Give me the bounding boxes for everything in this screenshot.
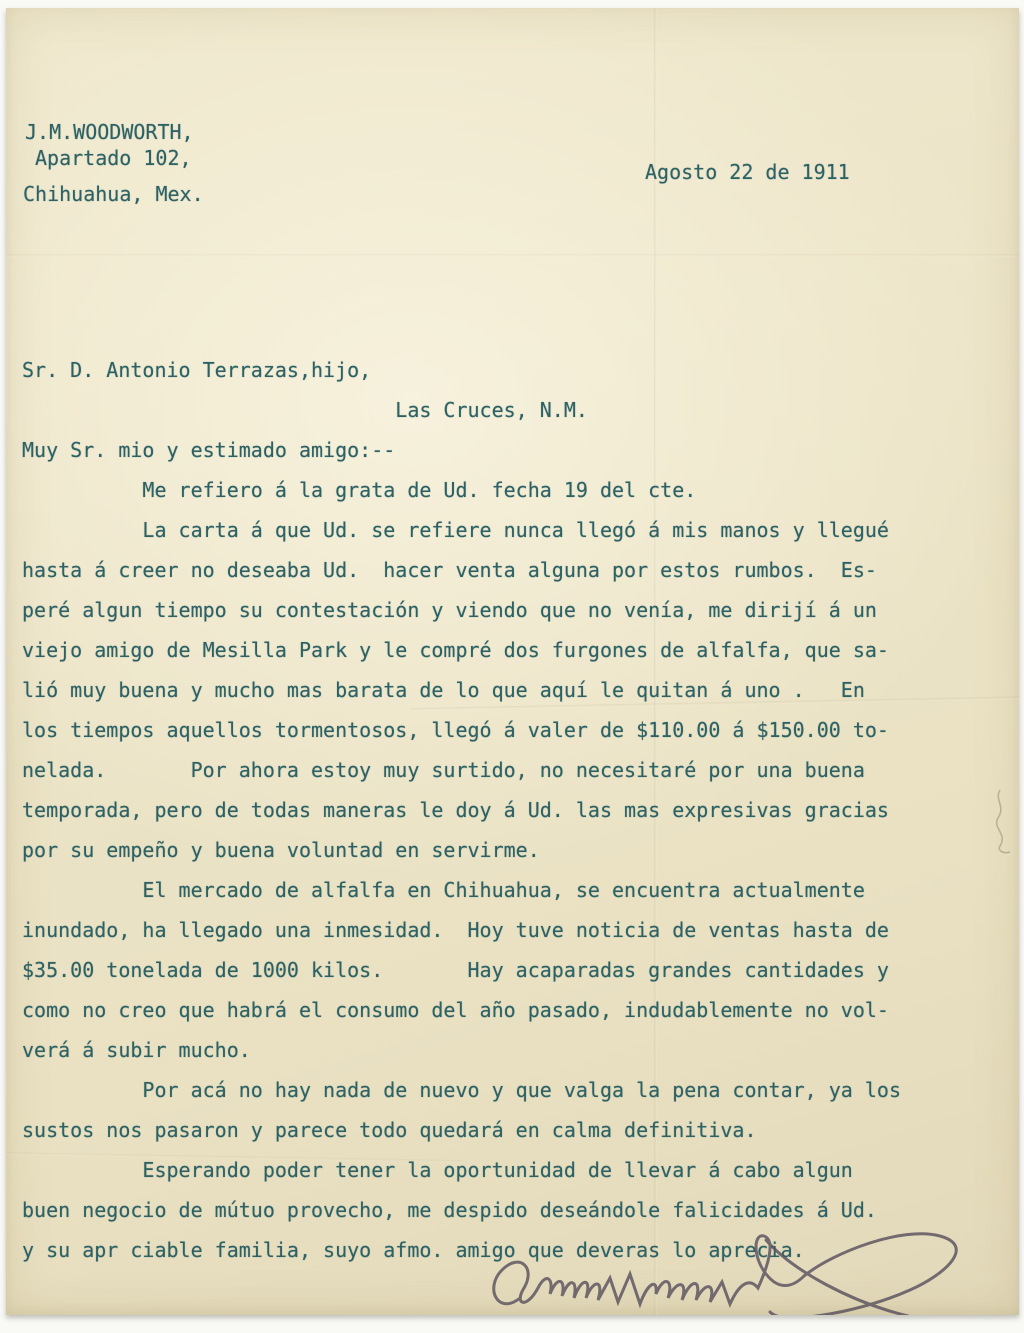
letterhead-sender-name: J.M.WOODWORTH, [25, 120, 194, 144]
letter-line: lió muy buena y mucho mas barata de lo q… [22, 670, 901, 710]
recipient-city: Las Cruces, N.M. [22, 390, 901, 430]
letter-line: sustos nos pasaron y parece todo quedará… [22, 1110, 901, 1150]
signature [474, 1228, 1014, 1315]
letter-line: $35.00 tonelada de 1000 kilos. Hay acapa… [22, 950, 901, 990]
letter-body: Sr. D. Antonio Terrazas,hijo, Las Cruces… [22, 350, 901, 1270]
letter-line: temporada, pero de todas maneras le doy … [22, 790, 901, 830]
letter-line: viejo amigo de Mesilla Park y le compré … [22, 630, 901, 670]
letter-paper: J.M.WOODWORTH, Apartado 102, Chihuahua, … [6, 8, 1019, 1315]
letter-line: peré algun tiempo su contestación y vien… [22, 590, 901, 630]
letter-line: La carta á que Ud. se refiere nunca lleg… [22, 510, 901, 550]
letterhead-sender-city: Chihuahua, Mex. [23, 182, 204, 206]
scanned-letter-page: J.M.WOODWORTH, Apartado 102, Chihuahua, … [0, 0, 1024, 1333]
paper-edge-nick [980, 786, 1014, 856]
letter-line: los tiempos aquellos tormentosos, llegó … [22, 710, 901, 750]
letter-line: Por acá no hay nada de nuevo y que valga… [22, 1070, 901, 1110]
letter-line: verá á subir mucho. [22, 1030, 901, 1070]
letterhead-sender-address: Apartado 102, [35, 146, 192, 170]
letter-line: El mercado de alfalfa en Chihuahua, se e… [22, 870, 901, 910]
recipient-line: Sr. D. Antonio Terrazas,hijo, [22, 350, 901, 390]
letter-line: inundado, ha llegado una inmesidad. Hoy … [22, 910, 901, 950]
date-line: Agosto 22 de 1911 [645, 160, 850, 184]
letter-line: Me refiero á la grata de Ud. fecha 19 de… [22, 470, 901, 510]
letter-line: hasta á creer no deseaba Ud. hacer venta… [22, 550, 901, 590]
letter-line: como no creo que habrá el consumo del añ… [22, 990, 901, 1030]
letter-line: nelada. Por ahora estoy muy surtido, no … [22, 750, 901, 790]
letter-line: Esperando poder tener la oportunidad de … [22, 1150, 901, 1190]
salutation-line: Muy Sr. mio y estimado amigo:-- [22, 430, 901, 470]
signature-drawing [474, 1228, 1014, 1315]
letter-line: por su empeño y buena voluntad en servir… [22, 830, 901, 870]
paper-fold-horizontal-top [6, 254, 1019, 257]
letter-line: buen negocio de mútuo provecho, me despi… [22, 1190, 901, 1230]
